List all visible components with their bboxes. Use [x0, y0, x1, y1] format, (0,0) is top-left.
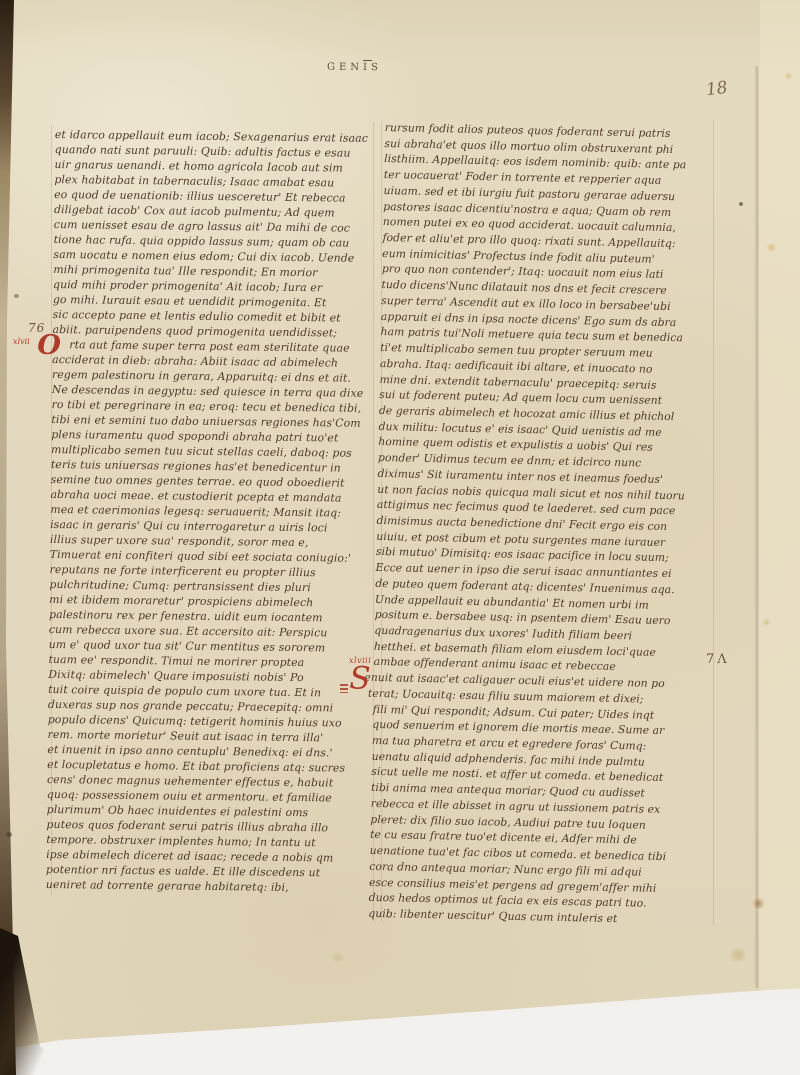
folio-number: 18	[705, 78, 729, 100]
parchment-stain	[784, 72, 793, 80]
ink-speck	[739, 202, 743, 206]
manuscript-scan: GENIS 18 76 xlvii xlviii 7Λ O et idarco …	[0, 0, 800, 1075]
parchment-stain	[728, 948, 748, 962]
chapter-number-left: xlvii	[13, 337, 33, 346]
parchment-stain	[752, 898, 765, 909]
ink-speck	[14, 294, 19, 298]
parchment-stain	[766, 243, 777, 252]
initial-O: O	[37, 332, 61, 359]
page-edge-crease	[754, 66, 760, 988]
parchment-stain	[330, 953, 346, 962]
initial-S: S	[349, 663, 371, 694]
quire-mark-right: 7Λ	[706, 652, 730, 667]
macron-mark	[363, 60, 372, 61]
right-column: S rursum fodit alios puteos quos foderan…	[368, 120, 715, 928]
left-column: O et idarco appellauit eum iacob; Sexage…	[46, 127, 377, 896]
parchment-stain	[762, 618, 771, 626]
ink-speck	[6, 832, 12, 837]
ruling-line	[713, 120, 714, 926]
fore-edge-pages	[760, 0, 800, 990]
running-header: GENIS	[327, 62, 382, 73]
